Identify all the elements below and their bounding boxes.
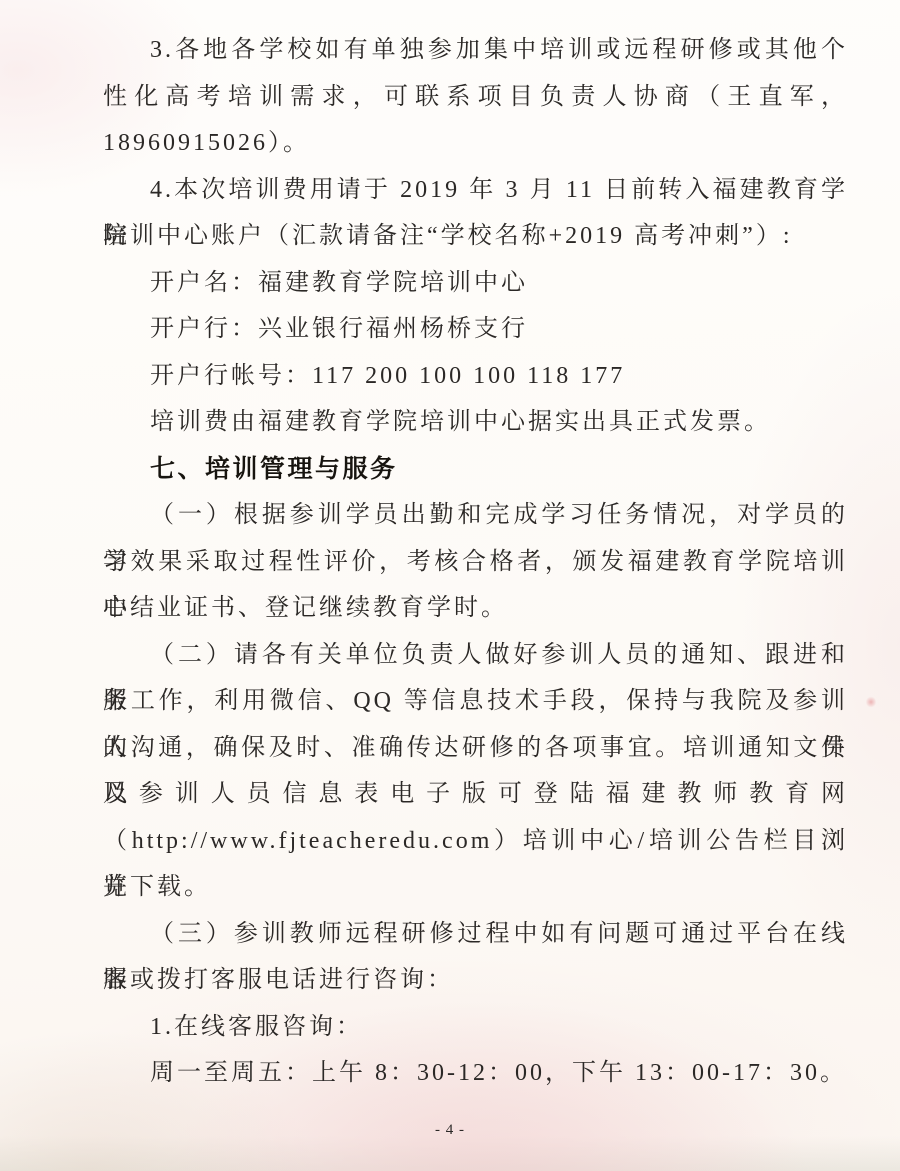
text-line: 及参训人员信息表电子版可登陆福建教师教育网 <box>103 771 848 818</box>
text-line: （三）参训教师远程研修过程中如有问题可通过平台在线客 <box>103 911 848 958</box>
text-line: 服或拨打客服电话进行咨询： <box>103 957 848 1004</box>
text-line: 培训中心账户（汇款请备注“学校名称+2019 高考冲刺”）: <box>103 213 848 260</box>
service-hours-line: 周一至周五：上午 8：30-12：00，下午 13：00-17：30。 <box>103 1050 848 1097</box>
text-line: 务工作，利用微信、QQ 等信息技术手段，保持与我院及参训人员 <box>103 678 848 725</box>
scan-speck <box>866 696 876 708</box>
text-line: 并下载。 <box>103 864 848 911</box>
text-line: 1.在线客服咨询： <box>103 1004 848 1051</box>
text-line: 习效果采取过程性评价，考核合格者，颁发福建教育学院培训中 <box>103 539 848 586</box>
text-line: 性化高考培训需求，可联系项目负责人协商（王直军， <box>103 74 848 121</box>
website-url-line: （http://www.fjteacheredu.com）培训中心/培训公告栏目… <box>103 818 848 865</box>
text-line: 4.本次培训费用请于 2019 年 3 月 11 日前转入福建教育学院 <box>103 167 848 214</box>
scanned-document-page: 3.各地各学校如有单独参加集中培训或远程研修或其他个 性化高考培训需求，可联系项… <box>0 0 900 1171</box>
invoice-note-line: 培训费由福建教育学院培训中心据实出具正式发票。 <box>103 399 848 446</box>
bank-branch-line: 开户行：兴业银行福州杨桥支行 <box>103 306 848 353</box>
bank-account-number-line: 开户行帐号：117 200 100 100 118 177 <box>103 353 848 400</box>
text-line: 3.各地各学校如有单独参加集中培训或远程研修或其他个 <box>103 27 848 74</box>
text-line: 18960915026）。 <box>103 120 848 167</box>
section-heading-training-management: 七、培训管理与服务 <box>103 446 848 493</box>
text-line: （一）根据参训学员出勤和完成学习任务情况，对学员的学 <box>103 492 848 539</box>
text-line: 的沟通，确保及时、准确传达研修的各项事宜。培训通知文件以 <box>103 725 848 772</box>
text-line: （二）请各有关单位负责人做好参训人员的通知、跟进和服 <box>103 632 848 679</box>
document-body: 3.各地各学校如有单独参加集中培训或远程研修或其他个 性化高考培训需求，可联系项… <box>103 27 848 1097</box>
bank-account-name-line: 开户名：福建教育学院培训中心 <box>103 260 848 307</box>
page-number: - 4 - <box>0 1122 900 1139</box>
text-line: 心结业证书、登记继续教育学时。 <box>103 585 848 632</box>
